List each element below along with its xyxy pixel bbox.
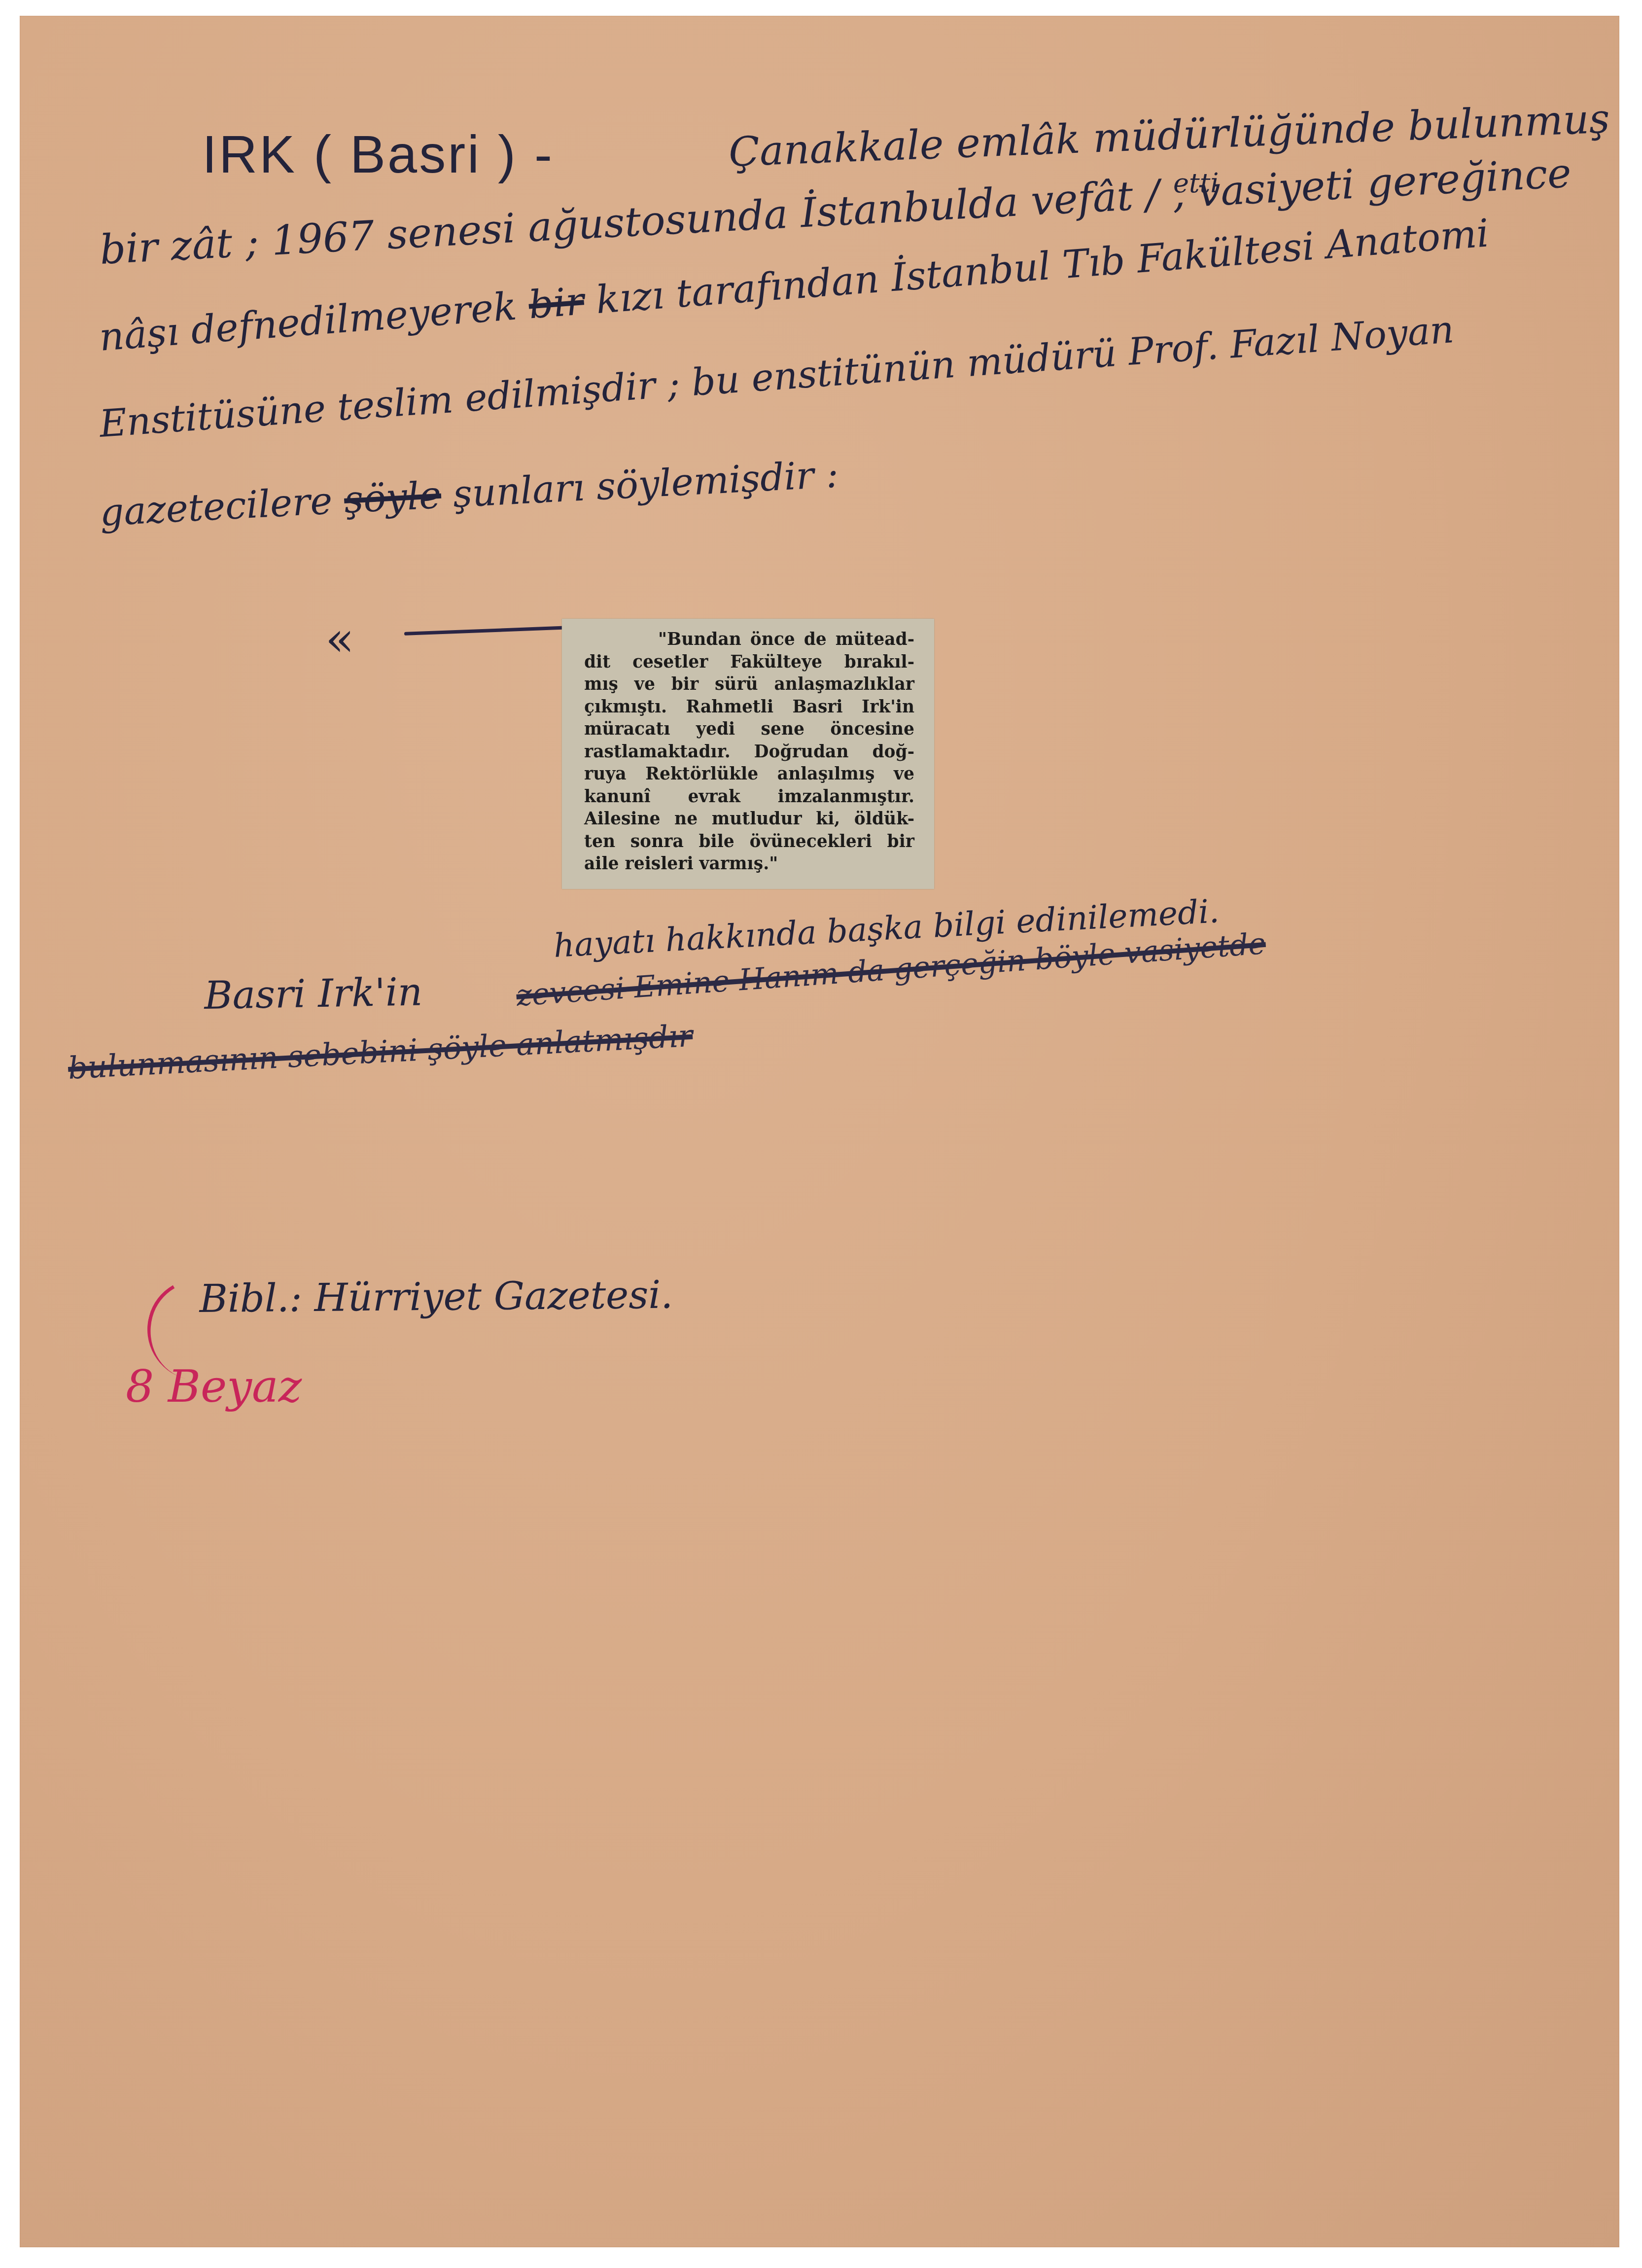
struck-word-line5: şöyle bbox=[343, 473, 442, 522]
clipping-line: "Bundan önce de mütead- bbox=[584, 629, 914, 651]
bibliography-line: Bibl.: Hürriyet Gazetesi. bbox=[199, 1273, 673, 1321]
newspaper-clipping: "Bundan önce de mütead- dit cesetler Fak… bbox=[562, 619, 934, 889]
basri-note-prefix: Basri Irk'in bbox=[204, 970, 422, 1018]
title-dash: - bbox=[534, 124, 554, 184]
title-surname: IRK bbox=[202, 124, 297, 184]
clipping-line: ruya Rektörlükle anlaşılmış ve bbox=[584, 763, 914, 786]
entry-title: IRK ( Basri ) - bbox=[202, 123, 554, 185]
clipping-line: dit cesetler Fakülteye bırakıl- bbox=[584, 651, 914, 674]
title-given-name: ( Basri ) bbox=[314, 124, 518, 184]
clipping-line: ten sonra bile övünecekleri bir bbox=[584, 831, 914, 853]
clipping-line: çıkmıştı. Rahmetli Basri Irk'in bbox=[584, 696, 914, 719]
red-annotation: 8 Beyaz bbox=[126, 1361, 302, 1413]
clipping-line: rastlamaktadır. Doğrudan doğ- bbox=[584, 741, 914, 764]
clipping-line: kanunî evrak imzalanmıştır. bbox=[584, 786, 914, 809]
open-quote-mark: « bbox=[325, 611, 354, 667]
clipping-line: Ailesine ne mutludur ki, öldük- bbox=[584, 808, 914, 831]
struck-word-line3: bir bbox=[527, 279, 586, 327]
clipping-line: müracatı yedi sene öncesine bbox=[584, 718, 914, 741]
clipping-line: mış ve bir sürü anlaşmazlıklar bbox=[584, 673, 914, 696]
clipping-line: aile reisleri varmış." bbox=[584, 853, 914, 876]
clipping-text: "Bundan önce de mütead- dit cesetler Fak… bbox=[584, 629, 914, 876]
